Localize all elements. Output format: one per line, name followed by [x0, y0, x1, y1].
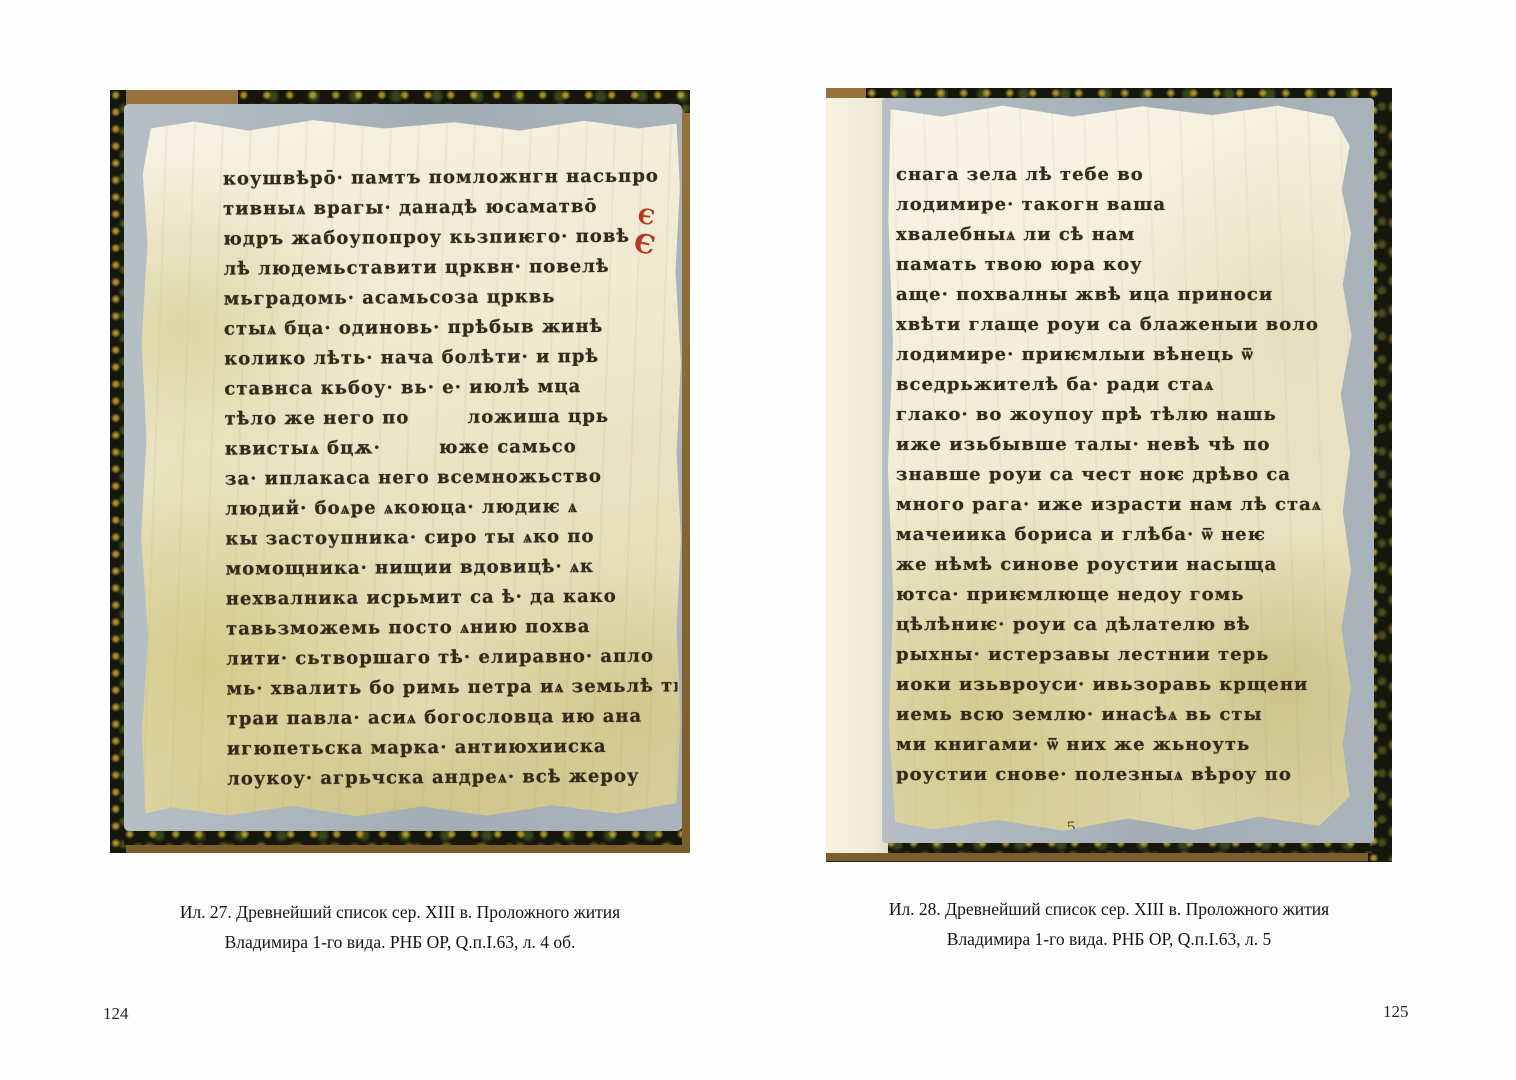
manuscript-line: хвѣти глаще роуи са блаженыи воло [896, 310, 1348, 340]
manuscript-line: рыхны· истерзавы лестнии терь [896, 640, 1348, 670]
manuscript-line: юдръ жабоупопроу кьзпиѥго· повѣ [223, 221, 674, 254]
red-marginal-mark: Є [636, 203, 656, 230]
manuscript-line: тивныѧ врагы· данадѣ юсаматвō [223, 191, 674, 224]
parchment-page-5r: снага зела лѣ тебе володимире· такогн ва… [886, 102, 1352, 833]
manuscript-line: аще· похвалны жвѣ ица приноси [896, 280, 1348, 310]
manuscript-line: знавше роуи са чест ноѥ дрѣво са [896, 460, 1348, 490]
manuscript-line: иже изьбывше талы· невѣ чѣ по [896, 430, 1348, 460]
manuscript-text-block: коушвѣрō· памтъ помложнгн насьпротивныѧ … [223, 161, 678, 794]
manuscript-photo-left: коушвѣрō· памтъ помложнгн насьпротивныѧ … [110, 90, 690, 853]
manuscript-line: роустии снове· полезныѧ вѣроу по [896, 760, 1348, 790]
manuscript-line: за· иплакаса него всемножьство [225, 461, 676, 494]
manuscript-line: людий· боѧре ѧкоюца· людиѥ ѧ [225, 491, 676, 524]
manuscript-line: лодимире· приѥмлыи вѣнець ѿ [896, 340, 1348, 370]
caption-line: Владимира 1-го вида. РНБ ОР, Q.п.I.63, л… [110, 927, 690, 957]
manuscript-line: игюпетьска марка· антиюхииска [227, 731, 678, 764]
manuscript-line: ставнса кьбоу· вь· е· июлѣ мца [224, 371, 675, 404]
manuscript-line: мьградомь· асамьсоза црквь [224, 281, 675, 314]
manuscript-line: ютса· приѥмлюще недоу гомь [896, 580, 1348, 610]
figure-caption-left: Ил. 27. Древнейший список сер. XIII в. П… [110, 897, 690, 957]
caption-line: Ил. 27. Древнейший список сер. XIII в. П… [110, 897, 690, 927]
manuscript-line: квистыѧ бцѫ· юже самьсо [225, 431, 676, 464]
manuscript-line: кы застоупника· сиро ты ѧко по [225, 521, 676, 554]
manuscript-line: же нѣмѣ синове роустии насыща [896, 550, 1348, 580]
manuscript-photo-right: снага зела лѣ тебе володимире· такогн ва… [826, 88, 1392, 862]
manuscript-text-block: снага зела лѣ тебе володимире· такогн ва… [896, 160, 1348, 790]
manuscript-line: тавьзможемь посто ѧнию похва [226, 611, 677, 644]
manuscript-line: тѣло же него по ложиша црь [224, 401, 675, 434]
manuscript-line: глако· во жоупоу прѣ тѣлю нашь [896, 400, 1348, 430]
manuscript-line: цѣлѣниѥ· роуи са дѣлателю вѣ [896, 610, 1348, 640]
manuscript-line: иемь всю землю· инасѣѧ вь сты [896, 700, 1348, 730]
caption-line: Ил. 28. Древнейший список сер. XIII в. П… [826, 894, 1392, 924]
manuscript-line: хвалебныѧ ли сѣ нам [896, 220, 1348, 250]
manuscript-line: лити· сьтворшаго тѣ· елиравно· апло [226, 641, 677, 674]
caption-line: Владимира 1-го вида. РНБ ОР, Q.п.I.63, л… [826, 924, 1392, 954]
manuscript-line: коушвѣрō· памтъ помложнгн насьпро [223, 161, 674, 194]
manuscript-line: колико лѣть· нача болѣти· и прѣ [224, 341, 675, 374]
manuscript-line: иоки изьвроуси· ивьзоравь крщени [896, 670, 1348, 700]
manuscript-line: лѣ людемьставити црквн· повелѣ [223, 251, 674, 284]
marbled-endpaper-bottom [124, 829, 682, 845]
manuscript-line: много рага· иже израсти нам лѣ стаѧ [896, 490, 1348, 520]
book-spread-scan: коушвѣрō· памтъ помложнгн насьпротивныѧ … [0, 0, 1516, 1080]
manuscript-line: вседрьжителѣ ба· ради стаѧ [896, 370, 1348, 400]
page-number-right: 125 [1383, 1002, 1409, 1022]
manuscript-line: ми книгами· ѿ них же жьноуть [896, 730, 1348, 760]
parchment-page-4v: коушвѣрō· памтъ помложнгн насьпротивныѧ … [140, 118, 682, 817]
manuscript-line: мь· хвалить бо римь петра иѧ земьлѣ ти [226, 671, 677, 704]
manuscript-line: мачеиика бориса и глѣба· ѿ неѥ [896, 520, 1348, 550]
figure-caption-right: Ил. 28. Древнейший список сер. XIII в. П… [826, 894, 1392, 954]
manuscript-line: траи павла· асиѧ богословца ию ана [227, 701, 678, 734]
manuscript-line: лодимире· такогн ваша [896, 190, 1348, 220]
facing-leaf-edge [826, 98, 888, 853]
manuscript-line: стыѧ бца· одиновь· прѣбыв жинѣ [224, 311, 675, 344]
manuscript-line: момощника· нищии вдовицѣ· ѧк [226, 551, 677, 584]
manuscript-line: памать твою юра коу [896, 250, 1348, 280]
manuscript-line: снага зела лѣ тебе во [896, 160, 1348, 190]
manuscript-line: лоукоу· агрьчска андреѧ· всѣ жероу [227, 761, 678, 794]
page-number-left: 124 [103, 1004, 129, 1024]
manuscript-line: нехвалника исрьмит са ѣ· да како [226, 581, 677, 614]
